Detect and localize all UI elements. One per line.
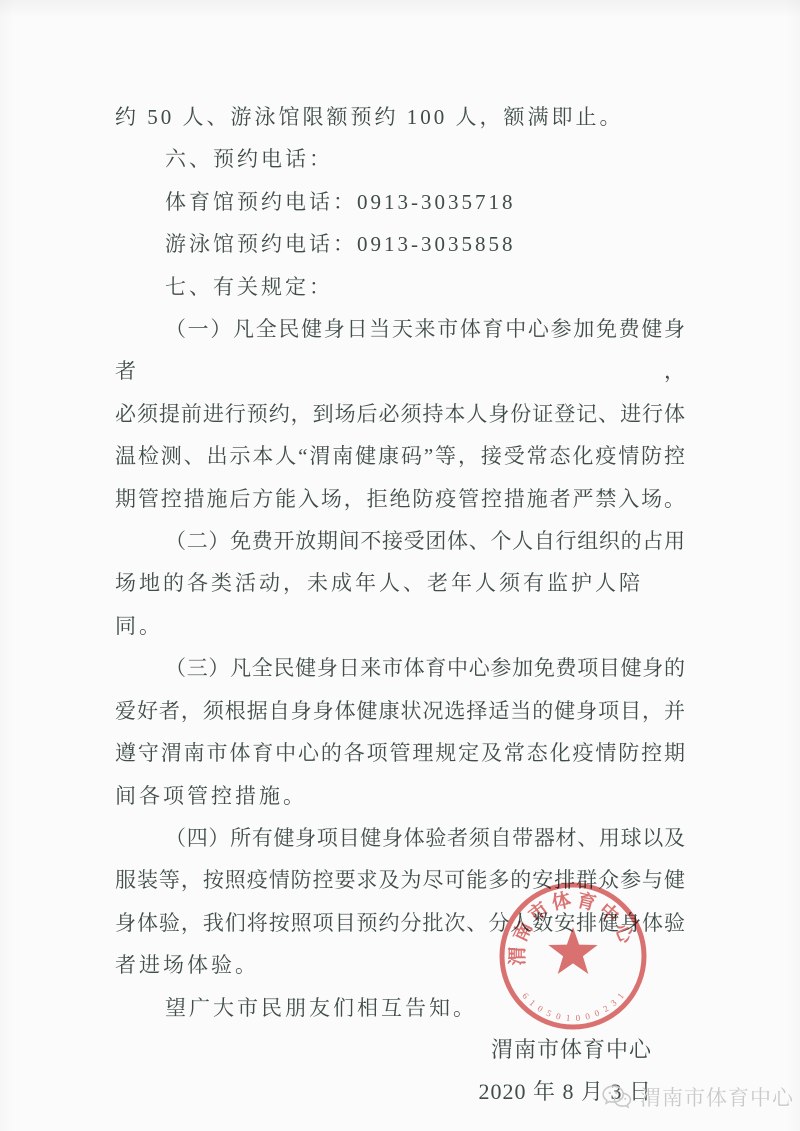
svg-text:体: 体: [550, 888, 573, 914]
wechat-watermark: 渭南市体育中心: [601, 1080, 794, 1114]
svg-text:0: 0: [555, 1011, 562, 1022]
svg-text:5: 5: [545, 1008, 553, 1019]
document-line: 期管控措施后方能入场，拒绝防疫管控措施者严禁入场。: [115, 478, 685, 520]
document-line: 六、预约电话：: [115, 138, 685, 180]
document-line: 遵守渭南市体育中心的各项管理规定及常态化疫情防控期: [115, 732, 685, 774]
document-line: （三）凡全民健身日来市体育中心参加免费项目健身的: [115, 647, 685, 689]
svg-text:0: 0: [593, 1008, 601, 1019]
signature-date: 2020 年 8 月 3 日: [115, 1071, 685, 1113]
document-line: 游泳馆预约电话：0913-3035858: [115, 223, 685, 265]
document-line: （一）凡全民健身日当天来市体育中心参加免费健身者，: [115, 308, 685, 393]
svg-text:3: 3: [609, 997, 619, 1008]
document-line: 约 50 人、游泳馆限额预约 100 人，额满即止。: [115, 96, 685, 138]
document-line: 必须提前进行预约，到场后必须持本人身份证登记、进行体: [115, 393, 685, 435]
document-line: 七、有关规定：: [115, 266, 685, 308]
svg-text:1: 1: [527, 998, 537, 1009]
seal-star-icon: [548, 927, 597, 974]
watermark-account-name: 渭南市体育中心: [640, 1082, 794, 1112]
svg-text:渭: 渭: [507, 946, 529, 965]
document-line: 体育馆预约电话：0913-3035718: [115, 181, 685, 223]
document-line: 场地的各类活动，未成年人、老年人须有监护人陪同。: [115, 562, 685, 647]
svg-text:6: 6: [520, 991, 531, 1001]
svg-text:0: 0: [584, 1011, 591, 1022]
signature-org-name: 渭南市体育中心: [115, 1029, 685, 1071]
svg-text:育: 育: [575, 888, 599, 915]
svg-text:1: 1: [615, 991, 626, 1001]
svg-text:0: 0: [536, 1003, 546, 1014]
wechat-icon: [601, 1084, 633, 1110]
signature-block: 渭南市体育中心 2020 年 8 月 3 日: [115, 1029, 685, 1114]
document-line: 温检测、出示本人“渭南健康码”等，接受常态化疫情防控: [115, 435, 685, 477]
document-line: （四）所有健身项目健身体验者须自带器材、用球以及: [115, 817, 685, 859]
document-line: （二）免费开放期间不接受团体、个人自行组织的占用: [115, 520, 685, 562]
svg-text:2: 2: [601, 1003, 610, 1014]
svg-text:0: 0: [575, 1013, 581, 1023]
document-line: 爱好者，须根据自身身体健康状况选择适当的健身项目，并: [115, 690, 685, 732]
document-line: 间各项管控措施。: [115, 775, 685, 817]
official-seal: 渭南市体育中心 610501000231: [495, 878, 651, 1034]
svg-text:1: 1: [565, 1013, 570, 1023]
